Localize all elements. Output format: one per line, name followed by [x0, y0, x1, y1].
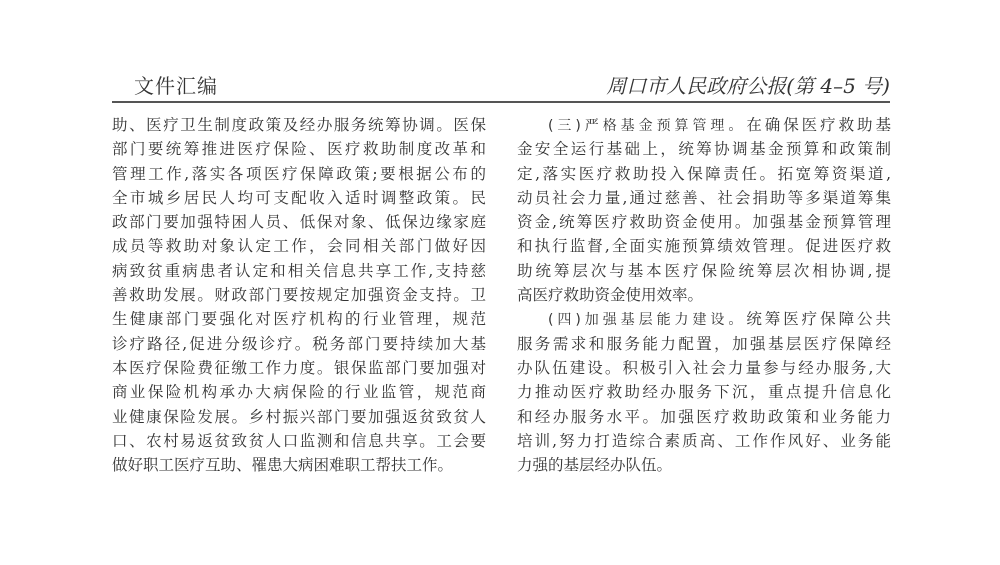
section-3-first-line-text: 在确保医疗救助基 [746, 116, 891, 134]
right-column: (三)严格基金预算管理。在确保医疗救助基 金安全运行基础上，统筹协调基金预算和政… [517, 113, 891, 477]
section-3-first-line: (三)严格基金预算管理。在确保医疗救助基 [517, 113, 891, 137]
paragraph-line: 助、医疗卫生制度政策及经办服务统筹协调。医保 [112, 113, 486, 137]
section-title: 文件汇编 [134, 72, 218, 100]
paragraph-line: 生健康部门要强化对医疗机构的行业管理，规范 [112, 307, 486, 331]
paragraph-line: 服务需求和服务能力配置，加强基层医疗保障经 [517, 332, 891, 356]
paragraph-line: 和经办服务水平。加强医疗救助政策和业务能力 [517, 405, 891, 429]
paragraph-line: 助统筹层次与基本医疗保险统筹层次相协调,提 [517, 259, 891, 283]
paragraph-line: 管理工作,落实各项医疗保障政策;要根据公布的 [112, 162, 486, 186]
paragraph-line: 善救助发展。财政部门要按规定加强资金支持。卫 [112, 283, 486, 307]
section-4-first-line: (四)加强基层能力建设。统筹医疗保障公共 [517, 307, 891, 331]
paragraph-line: 成员等救助对象认定工作，会同相关部门做好因 [112, 234, 486, 258]
page-header: 文件汇编 周口市人民政府公报(第 4–5 号) [112, 72, 890, 100]
section-3-heading: (三)严格基金预算管理。 [548, 118, 746, 134]
paragraph-line: 和执行监督,全面实施预算绩效管理。促进医疗救 [517, 234, 891, 258]
paragraph-line: 做好职工医疗互助、罹患大病困难职工帮扶工作。 [112, 453, 486, 477]
paragraph-line: 政部门要加强特困人员、低保对象、低保边缘家庭 [112, 210, 486, 234]
paragraph-line: 病致贫重病患者认定和相关信息共享工作,支持慈 [112, 259, 486, 283]
paragraph-line: 资金,统筹医疗救助资金使用。加强基金预算管理 [517, 210, 891, 234]
paragraph-line: 业健康保险发展。乡村振兴部门要加强返贫致贫人 [112, 405, 486, 429]
paragraph-line: 培训,努力打造综合素质高、工作作风好、业务能 [517, 429, 891, 453]
paragraph-line: 金安全运行基础上，统筹协调基金预算和政策制 [517, 137, 891, 161]
paragraph-line: 部门要统筹推进医疗保险、医疗救助制度改革和 [112, 137, 486, 161]
paragraph-line: 高医疗救助资金使用效率。 [517, 283, 891, 307]
paragraph-line: 定,落实医疗救助投入保障责任。拓宽筹资渠道, [517, 162, 891, 186]
paragraph-line: 本医疗保险费征缴工作力度。银保监部门要加强对 [112, 356, 486, 380]
paragraph-line: 动员社会力量,通过慈善、社会捐助等多渠道筹集 [517, 186, 891, 210]
paragraph-line: 力推动医疗救助经办服务下沉，重点提升信息化 [517, 380, 891, 404]
publication-title: 周口市人民政府公报(第 4–5 号) [606, 72, 890, 100]
paragraph-line: 商业保险机构承办大病保险的行业监管，规范商 [112, 380, 486, 404]
paragraph-line: 全市城乡居民人均可支配收入适时调整政策。民 [112, 186, 486, 210]
section-4-first-line-text: 统筹医疗保障公共 [746, 310, 891, 328]
paragraph-line: 力强的基层经办队伍。 [517, 453, 891, 477]
paragraph-line: 诊疗路径,促进分级诊疗。税务部门要持续加大基 [112, 332, 486, 356]
paragraph-line: 办队伍建设。积极引入社会力量参与经办服务,大 [517, 356, 891, 380]
paragraph-line: 口、农村易返贫致贫人口监测和信息共享。工会要 [112, 429, 486, 453]
header-divider [112, 101, 890, 103]
left-column: 助、医疗卫生制度政策及经办服务统筹协调。医保 部门要统筹推进医疗保险、医疗救助制… [112, 113, 486, 477]
section-4-heading: (四)加强基层能力建设。 [548, 312, 746, 328]
